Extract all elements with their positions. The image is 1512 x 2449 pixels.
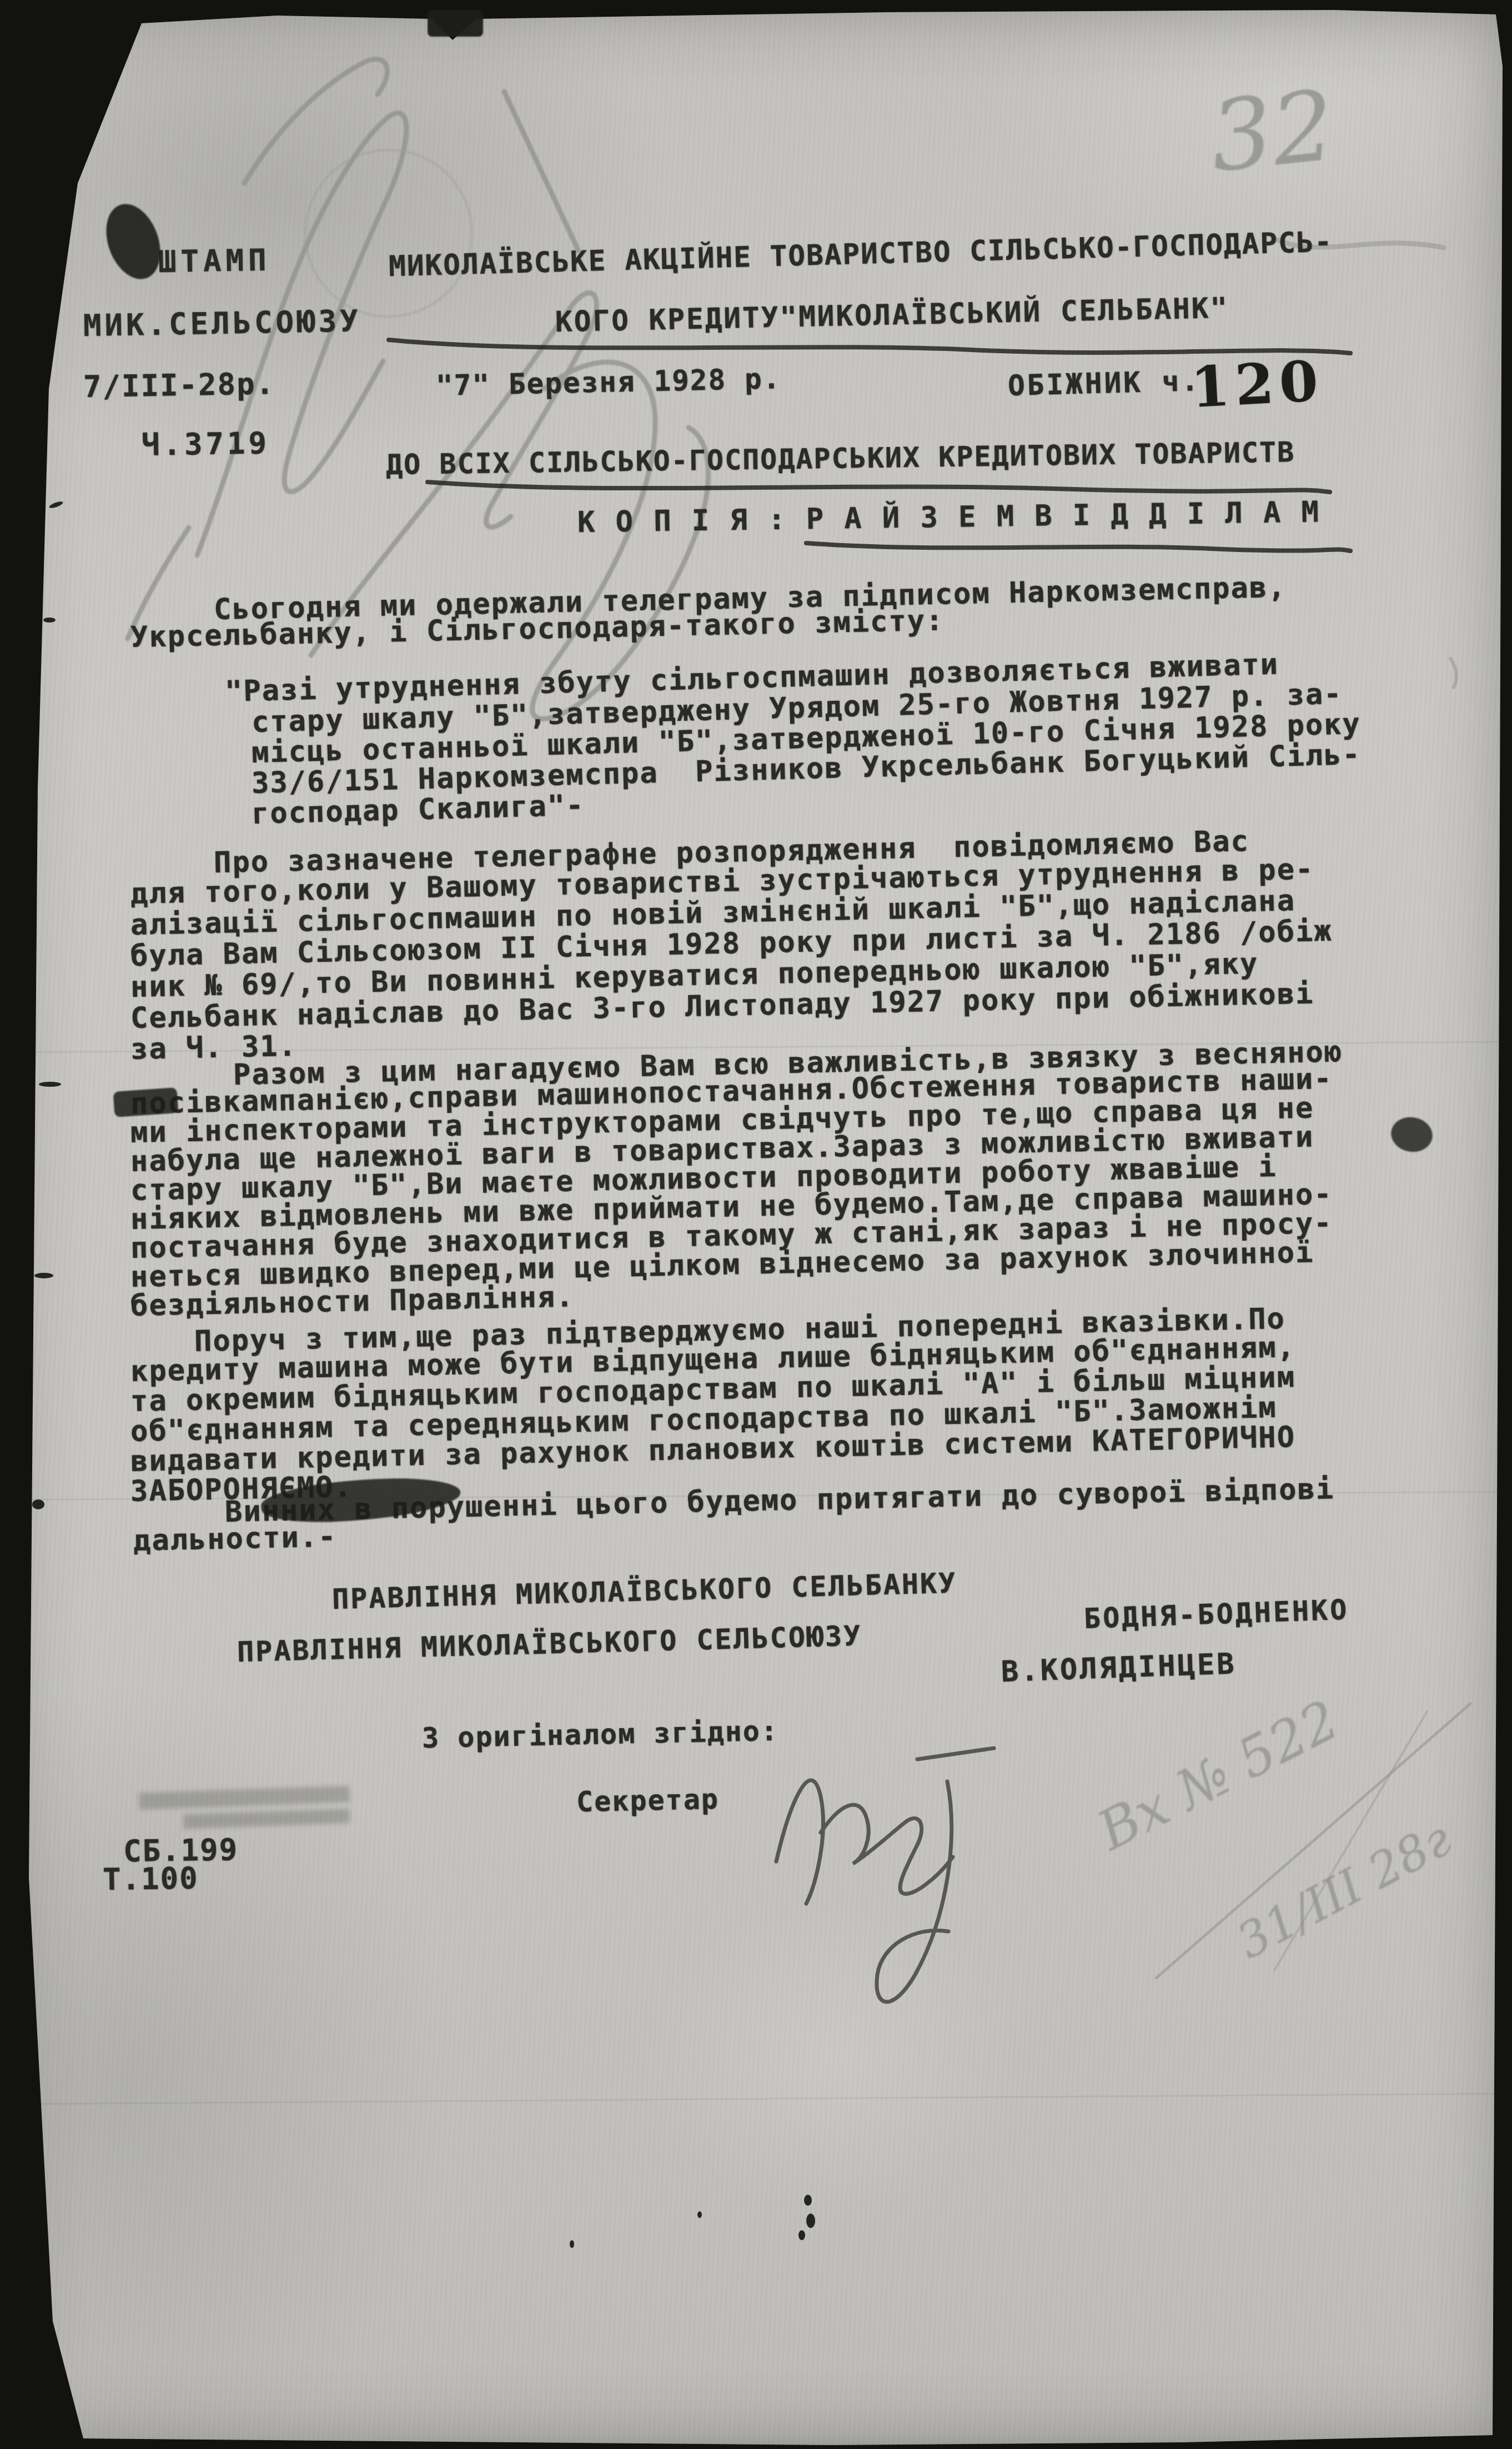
certified-line: З оригіналом згідно: xyxy=(421,1717,778,1752)
paper-speck xyxy=(806,2214,815,2228)
paper-speck xyxy=(804,2195,812,2206)
addressee-line: ДО ВСІХ СІЛЬСЬКО-ГОСПОДАРСЬКИХ КРЕДИТОВИ… xyxy=(386,438,1295,479)
signature-name: БОДНЯ-БОДНЕНКО xyxy=(1083,1595,1349,1633)
paper-speck xyxy=(798,2230,805,2240)
secretary-label: Секретар xyxy=(576,1785,719,1816)
edge-mark xyxy=(39,1082,61,1087)
ink-blot xyxy=(113,1087,179,1117)
copy-line: К О П І Я : Р А Й З Е М В І Д Д І Л А М xyxy=(577,498,1321,537)
signature-name: В.КОЛЯДІНЦЕВ xyxy=(1001,1649,1237,1687)
stamp-line: Ч.3719 xyxy=(142,428,270,460)
document-scan: ШТАМП МИК.СЕЛЬСОЮЗУ 7/ІІІ-28р. Ч.3719 МИ… xyxy=(0,0,1512,2449)
edge-mark xyxy=(32,1499,44,1509)
stamp-line: МИК.СЕЛЬСОЮЗУ xyxy=(83,306,362,341)
stamp-line: 7/ІІІ-28р. xyxy=(83,369,275,402)
footer-code: Т.100 xyxy=(103,1864,199,1895)
body-line: бездіяльности Правління. xyxy=(130,1282,574,1321)
paper-speck xyxy=(697,2211,702,2218)
org-name-line: МИКОЛАЇВСЬКЕ АКЦІЙНЕ ТОВАРИСТВО СІЛЬСЬКО… xyxy=(388,228,1333,281)
quote-line: господар Скалига"- xyxy=(251,791,585,829)
pencil-page-number: 32 xyxy=(1205,77,1339,187)
circular-number: 120 xyxy=(1189,353,1325,415)
org-name-line: КОГО КРЕДИТУ"МИКОЛАЇВСЬКИЙ СЕЛЬБАНК" xyxy=(555,294,1229,337)
signature-org-line: ПРАВЛІННЯ МИКОЛАЇВСЬКОГО СЕЛЬСОЮЗУ xyxy=(237,1622,862,1666)
date-line: "7" Березня 1928 р. xyxy=(435,365,781,400)
circular-label: ОБІЖНИК ч. xyxy=(1007,367,1200,400)
body-line: дальности.- xyxy=(133,1522,336,1555)
paper-speck xyxy=(570,2240,574,2248)
stamp-line: ШТАМП xyxy=(158,245,271,277)
typed-text-layer: ШТАМП МИК.СЕЛЬСОЮЗУ 7/ІІІ-28р. Ч.3719 МИ… xyxy=(0,0,1512,2449)
signature-org-line: ПРАВЛІННЯ МИКОЛАЇВСЬКОГО СЕЛЬБАНКУ xyxy=(331,1569,957,1613)
edge-mark xyxy=(34,1273,53,1278)
edge-mark xyxy=(43,618,56,623)
edge-notch xyxy=(428,10,483,37)
